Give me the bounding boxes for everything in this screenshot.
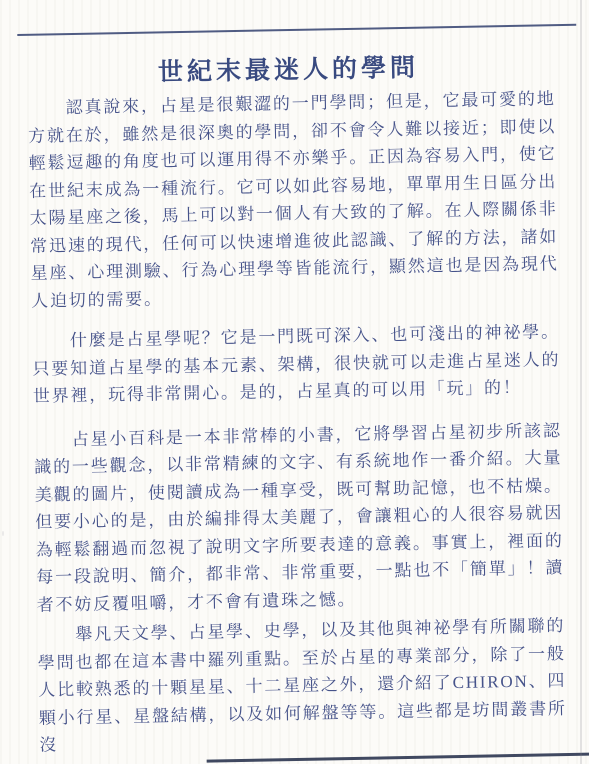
paragraph: 什麼是占星學呢？它是一門既可深入、也可淺出的神祕學。只要知道占星學的基本元素、架… [32,318,561,410]
top-rule [17,24,576,36]
scanned-page: 世紀末最迷人的學問 認真說來，占星是很艱澀的一門學問；但是，它最可愛的地方就在於… [0,0,589,764]
page-title: 世紀末最迷人的學問 [0,45,583,92]
scan-skew-wrapper: 世紀末最迷人的學問 認真說來，占星是很艱澀的一門學問；但是，它最可愛的地方就在於… [0,0,589,764]
scan-speck [2,531,4,536]
scan-speck [51,497,53,500]
scan-speck [47,487,51,490]
paragraph: 舉凡天文學、占星學、史學，以及其他與神祕學有所關聯的學問也都在這本書中羅列重點。… [37,612,567,759]
paragraph: 認真說來，占星是很艱澀的一門學問；但是，它最可愛的地方就在於，雖然是很深奧的學問… [27,85,559,315]
body-text: 認真說來，占星是很艱澀的一門學問；但是，它最可愛的地方就在於，雖然是很深奧的學問… [27,85,567,759]
paragraph: 占星小百科是一本非常棒的小書，它將學習占星初步所該認識的一些觀念，以非常精練的文… [33,417,564,619]
